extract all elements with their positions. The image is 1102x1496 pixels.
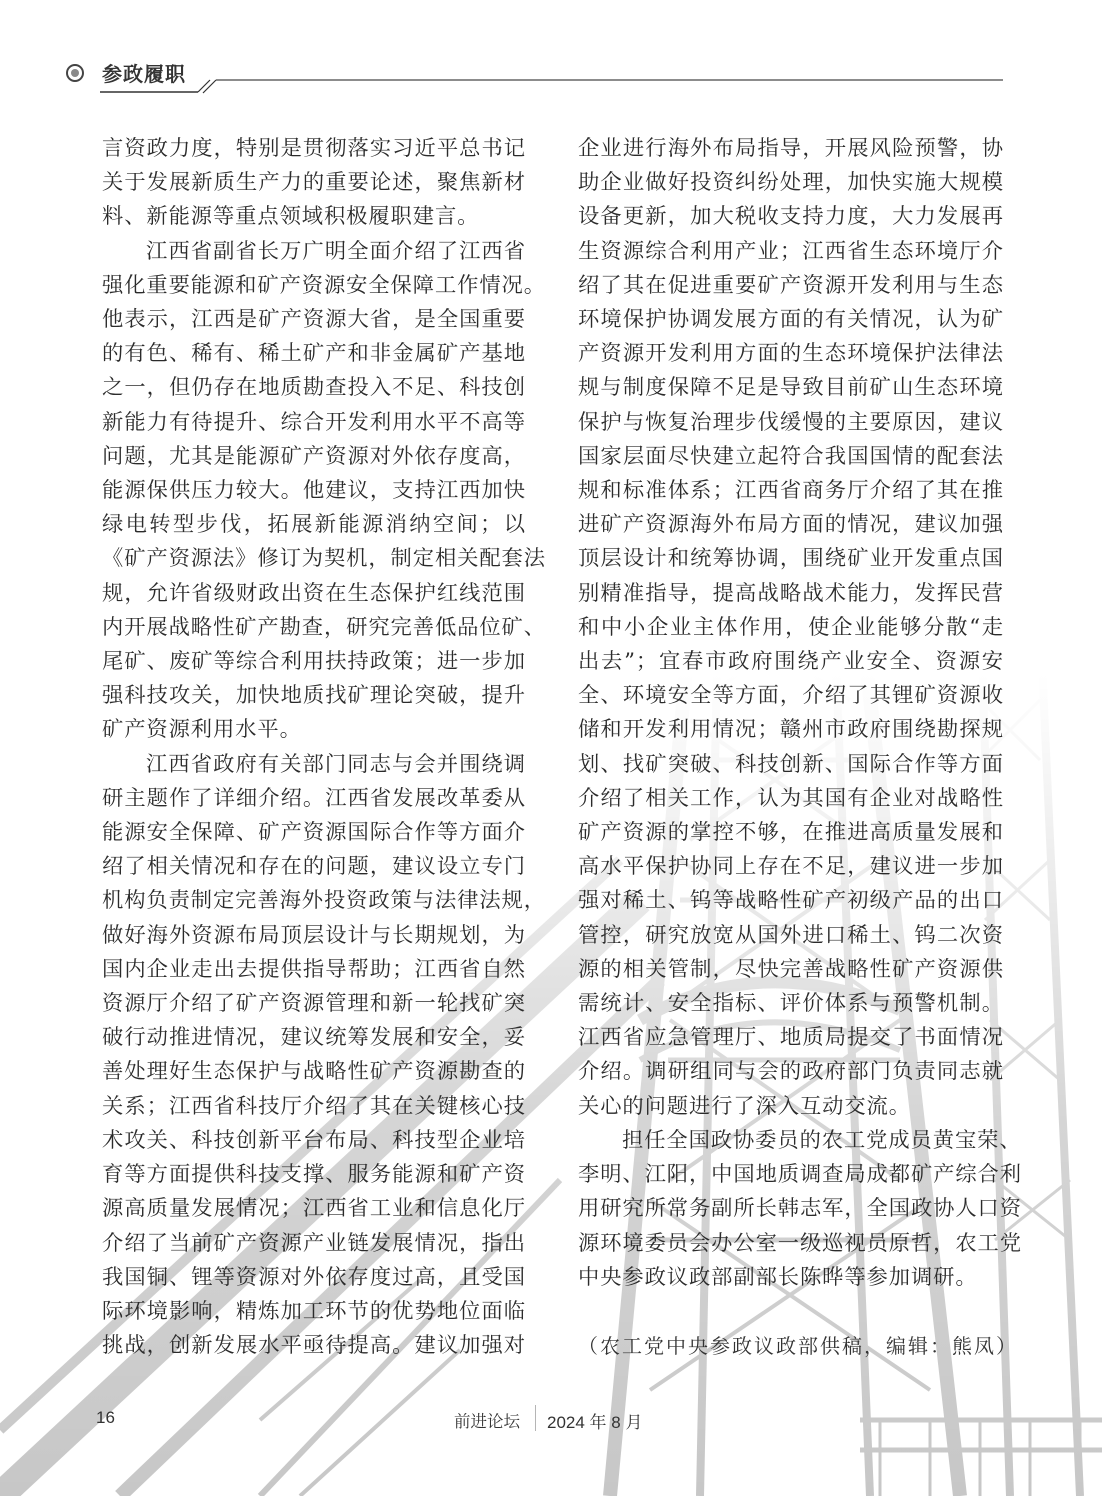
text-line: 介绍了当前矿产资源产业链发展情况，指出 [102,1227,526,1261]
text-line: 储和开发利用情况；赣州市政府围绕勘探规 [578,713,1004,747]
text-line: 矿产资源利用水平。 [102,713,526,747]
text-line: 李明、江阳，中国地质调查局成都矿产综合利 [578,1158,1004,1192]
text-line: 别精准指导，提高战略战术能力，发挥民营 [578,577,1004,611]
text-line: 能源安全保障、矿产资源国际合作等方面介 [102,816,526,850]
text-line: 内开展战略性矿产勘查，研究完善低品位矿、 [102,611,526,645]
issue-date: 2024 年 8 月 [547,1408,642,1433]
text-line: 关心的问题进行了深入互动交流。 [578,1090,1004,1124]
text-line: 绿电转型步伐，拓展新能源消纳空间；以 [102,508,526,542]
right-article-column: 企业进行海外布局指导，开展风险预警，协 助企业做好投资纠纷处理，加快实施大规模 … [578,132,1004,1295]
text-line: 担任全国政协委员的农工党成员黄宝荣、 [578,1124,1004,1158]
text-line: 挑战，创新发展水平亟待提高。建议加强对 [102,1329,526,1363]
text-line: 设备更新，加大税收支持力度，大力发展再 [578,200,1004,234]
paragraph: 言资政力度，特别是贯彻落实习近平总书记 关于发展新质生产力的重要论述，聚焦新材 … [102,132,526,235]
text-line: 源环境委员会办公室一级巡视员原哲，农工党 [578,1227,1004,1261]
text-line: 顶层设计和统筹协调，围绕矿业开发重点国 [578,542,1004,576]
text-line: 新能力有待提升、综合开发利用水平不高等 [102,406,526,440]
text-line: 善处理好生态保护与战略性矿产资源勘查的 [102,1055,526,1089]
text-line: 的有色、稀有、稀土矿产和非金属矿产基地 [102,337,526,371]
text-line: 保护与恢复治理步伐缓慢的主要原因，建议 [578,406,1004,440]
text-line: 全、环境安全等方面，介绍了其锂矿资源收 [578,679,1004,713]
header-rule-divider [0,0,1102,110]
text-line: 绍了相关情况和存在的问题，建议设立专门 [102,850,526,884]
text-line: 育等方面提供科技支撑、服务能源和矿产资 [102,1158,526,1192]
text-line: 国内企业走出去提供指导帮助；江西省自然 [102,953,526,987]
text-line: 他表示，江西是矿产资源大省，是全国重要 [102,303,526,337]
paragraph: 担任全国政协委员的农工党成员黄宝荣、 李明、江阳，中国地质调查局成都矿产综合利 … [578,1124,1004,1295]
text-line: 矿产资源的掌控不够，在推进高质量发展和 [578,816,1004,850]
text-line: 际环境影响，精炼加工环节的优势地位面临 [102,1295,526,1329]
text-line: 关系；江西省科技厅介绍了其在关键核心技 [102,1090,526,1124]
magazine-name: 前进论坛 [454,1408,520,1432]
text-line: 源的相关管制，尽快完善战略性矿产资源供 [578,953,1004,987]
text-line: 我国铜、锂等资源对外依存度过高，且受国 [102,1261,526,1295]
text-line: 助企业做好投资纠纷处理，加快实施大规模 [578,166,1004,200]
text-line: 料、新能源等重点领域积极履职建言。 [102,200,526,234]
text-line: 产资源开发利用方面的生态环境保护法律法 [578,337,1004,371]
text-line: 《矿产资源法》修订为契机，制定相关配套法 [102,542,526,576]
text-line: 机构负责制定完善海外投资政策与法律法规， [102,884,526,918]
text-line: 规，允许省级财政出资在生态保护红线范围 [102,577,526,611]
text-line: 强科技攻关，加快地质找矿理论突破，提升 [102,679,526,713]
text-line: 破行动推进情况，建议统筹发展和安全，妥 [102,1021,526,1055]
text-line: 关于发展新质生产力的重要论述，聚焦新材 [102,166,526,200]
text-line: 和中小企业主体作用，使企业能够分散“走 [578,611,1004,645]
text-line: 江西省应急管理厅、地质局提交了书面情况 [578,1021,1004,1055]
text-line: 问题，尤其是能源矿产资源对外依存度高， [102,440,526,474]
text-line: 介绍了相关工作，认为其国有企业对战略性 [578,782,1004,816]
text-line: 江西省政府有关部门同志与会并围绕调 [102,748,526,782]
text-line: 高水平保护协同上存在不足，建议进一步加 [578,850,1004,884]
text-line: 出去”；宜春市政府围绕产业安全、资源安 [578,645,1004,679]
text-line: 进矿产资源海外布局方面的情况，建议加强 [578,508,1004,542]
paragraph: 江西省副省长万广明全面介绍了江西省 强化重要能源和矿产资源安全保障工作情况。 他… [102,235,526,748]
text-line: 介绍。调研组同与会的政府部门负责同志就 [578,1055,1004,1089]
text-line: 用研究所常务副所长韩志军，全国政协人口资 [578,1192,1004,1226]
text-line: 规和标准体系；江西省商务厅介绍了其在推 [578,474,1004,508]
text-line: 强化重要能源和矿产资源安全保障工作情况。 [102,269,526,303]
text-line: 强对稀土、钨等战略性矿产初级产品的出口 [578,884,1004,918]
text-line: 研主题作了详细介绍。江西省发展改革委从 [102,782,526,816]
text-line: 做好海外资源布局顶层设计与长期规划，为 [102,919,526,953]
text-line: 江西省副省长万广明全面介绍了江西省 [102,235,526,269]
paragraph: 企业进行海外布局指导，开展风险预警，协 助企业做好投资纠纷处理，加快实施大规模 … [578,132,1004,1124]
text-line: 术攻关、科技创新平台布局、科技型企业培 [102,1124,526,1158]
text-line: 能源保供压力较大。他建议，支持江西加快 [102,474,526,508]
text-line: 言资政力度，特别是贯彻落实习近平总书记 [102,132,526,166]
text-line: 企业进行海外布局指导，开展风险预警，协 [578,132,1004,166]
text-line: 管控，研究放宽从国外进口稀土、钨二次资 [578,919,1004,953]
article-credit: （农工党中央参政议政部供稿，编辑：熊凤） [578,1330,1008,1359]
text-line: 绍了其在促进重要矿产资源开发利用与生态 [578,269,1004,303]
text-line: 之一，但仍存在地质勘查投入不足、科技创 [102,371,526,405]
footer-divider [535,1405,536,1431]
text-line: 源高质量发展情况；江西省工业和信息化厅 [102,1192,526,1226]
text-line: 尾矿、废矿等综合利用扶持政策；进一步加 [102,645,526,679]
text-line: 划、找矿突破、科技创新、国际合作等方面 [578,748,1004,782]
text-line: 环境保护协调发展方面的有关情况，认为矿 [578,303,1004,337]
text-line: 中央参政议政部副部长陈晔等参加调研。 [578,1261,1004,1295]
section-header: 参政履职 [0,0,1102,110]
paragraph: 江西省政府有关部门同志与会并围绕调 研主题作了详细介绍。江西省发展改革委从 能源… [102,748,526,1364]
text-line: 规与制度保障不足是导致目前矿山生态环境 [578,371,1004,405]
text-line: 资源厅介绍了矿产资源管理和新一轮找矿突 [102,987,526,1021]
text-line: 国家层面尽快建立起符合我国国情的配套法 [578,440,1004,474]
text-line: 需统计、安全指标、评价体系与预警机制。 [578,987,1004,1021]
left-article-column: 言资政力度，特别是贯彻落实习近平总书记 关于发展新质生产力的重要论述，聚焦新材 … [102,132,526,1363]
text-line: 生资源综合利用产业；江西省生态环境厅介 [578,235,1004,269]
page-number: 16 [96,1408,115,1428]
